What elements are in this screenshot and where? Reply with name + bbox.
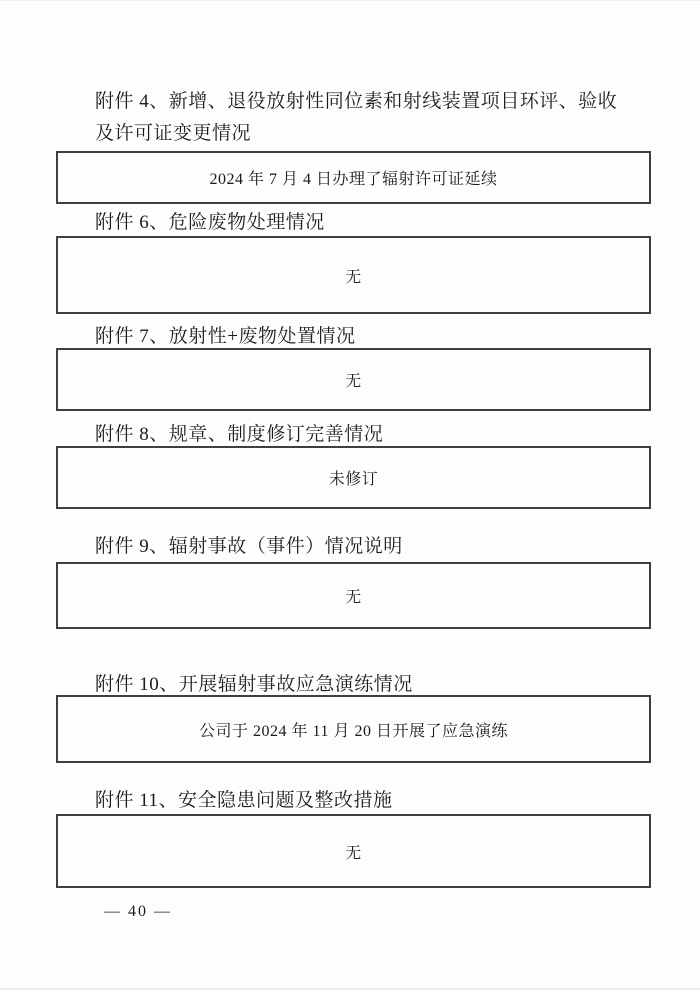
attachment-11-content: 无 — [345, 840, 362, 863]
page-number: — 40 — — [104, 903, 172, 921]
attachment-4-content-box: 2024 年 7 月 4 日办理了辐射许可证延续 — [56, 151, 651, 204]
document-page: 附件 4、新增、退役放射性同位素和射线装置项目环评、验收 及许可证变更情况 20… — [0, 0, 700, 990]
attachment-8-content: 未修订 — [329, 466, 379, 489]
attachment-9-content-box: 无 — [56, 562, 651, 629]
attachment-7-content-box: 无 — [56, 348, 651, 411]
attachment-9-content: 无 — [345, 584, 362, 607]
attachment-6-content: 无 — [345, 264, 362, 287]
attachment-11-content-box: 无 — [56, 814, 651, 888]
attachment-8-heading: 附件 8、规章、制度修订完善情况 — [95, 423, 383, 447]
attachment-8-content-box: 未修订 — [56, 446, 651, 509]
attachment-4-content: 2024 年 7 月 4 日办理了辐射许可证延续 — [209, 166, 497, 189]
attachment-10-content-box: 公司于 2024 年 11 月 20 日开展了应急演练 — [56, 695, 651, 763]
attachment-11-heading: 附件 11、安全隐患问题及整改措施 — [95, 789, 393, 813]
attachment-4-heading-line2: 及许可证变更情况 — [95, 118, 625, 150]
attachment-10-content: 公司于 2024 年 11 月 20 日开展了应急演练 — [199, 718, 508, 741]
attachment-4-heading: 附件 4、新增、退役放射性同位素和射线装置项目环评、验收 及许可证变更情况 — [95, 86, 625, 150]
attachment-6-heading: 附件 6、危险废物处理情况 — [95, 211, 325, 235]
attachment-7-content: 无 — [345, 368, 362, 391]
attachment-10-heading: 附件 10、开展辐射事故应急演练情况 — [95, 673, 413, 697]
attachment-9-heading: 附件 9、辐射事故（事件）情况说明 — [95, 535, 403, 559]
attachment-7-heading: 附件 7、放射性+废物处置情况 — [95, 325, 355, 349]
attachment-6-content-box: 无 — [56, 236, 651, 314]
attachment-4-heading-line1: 附件 4、新增、退役放射性同位素和射线装置项目环评、验收 — [95, 86, 625, 118]
